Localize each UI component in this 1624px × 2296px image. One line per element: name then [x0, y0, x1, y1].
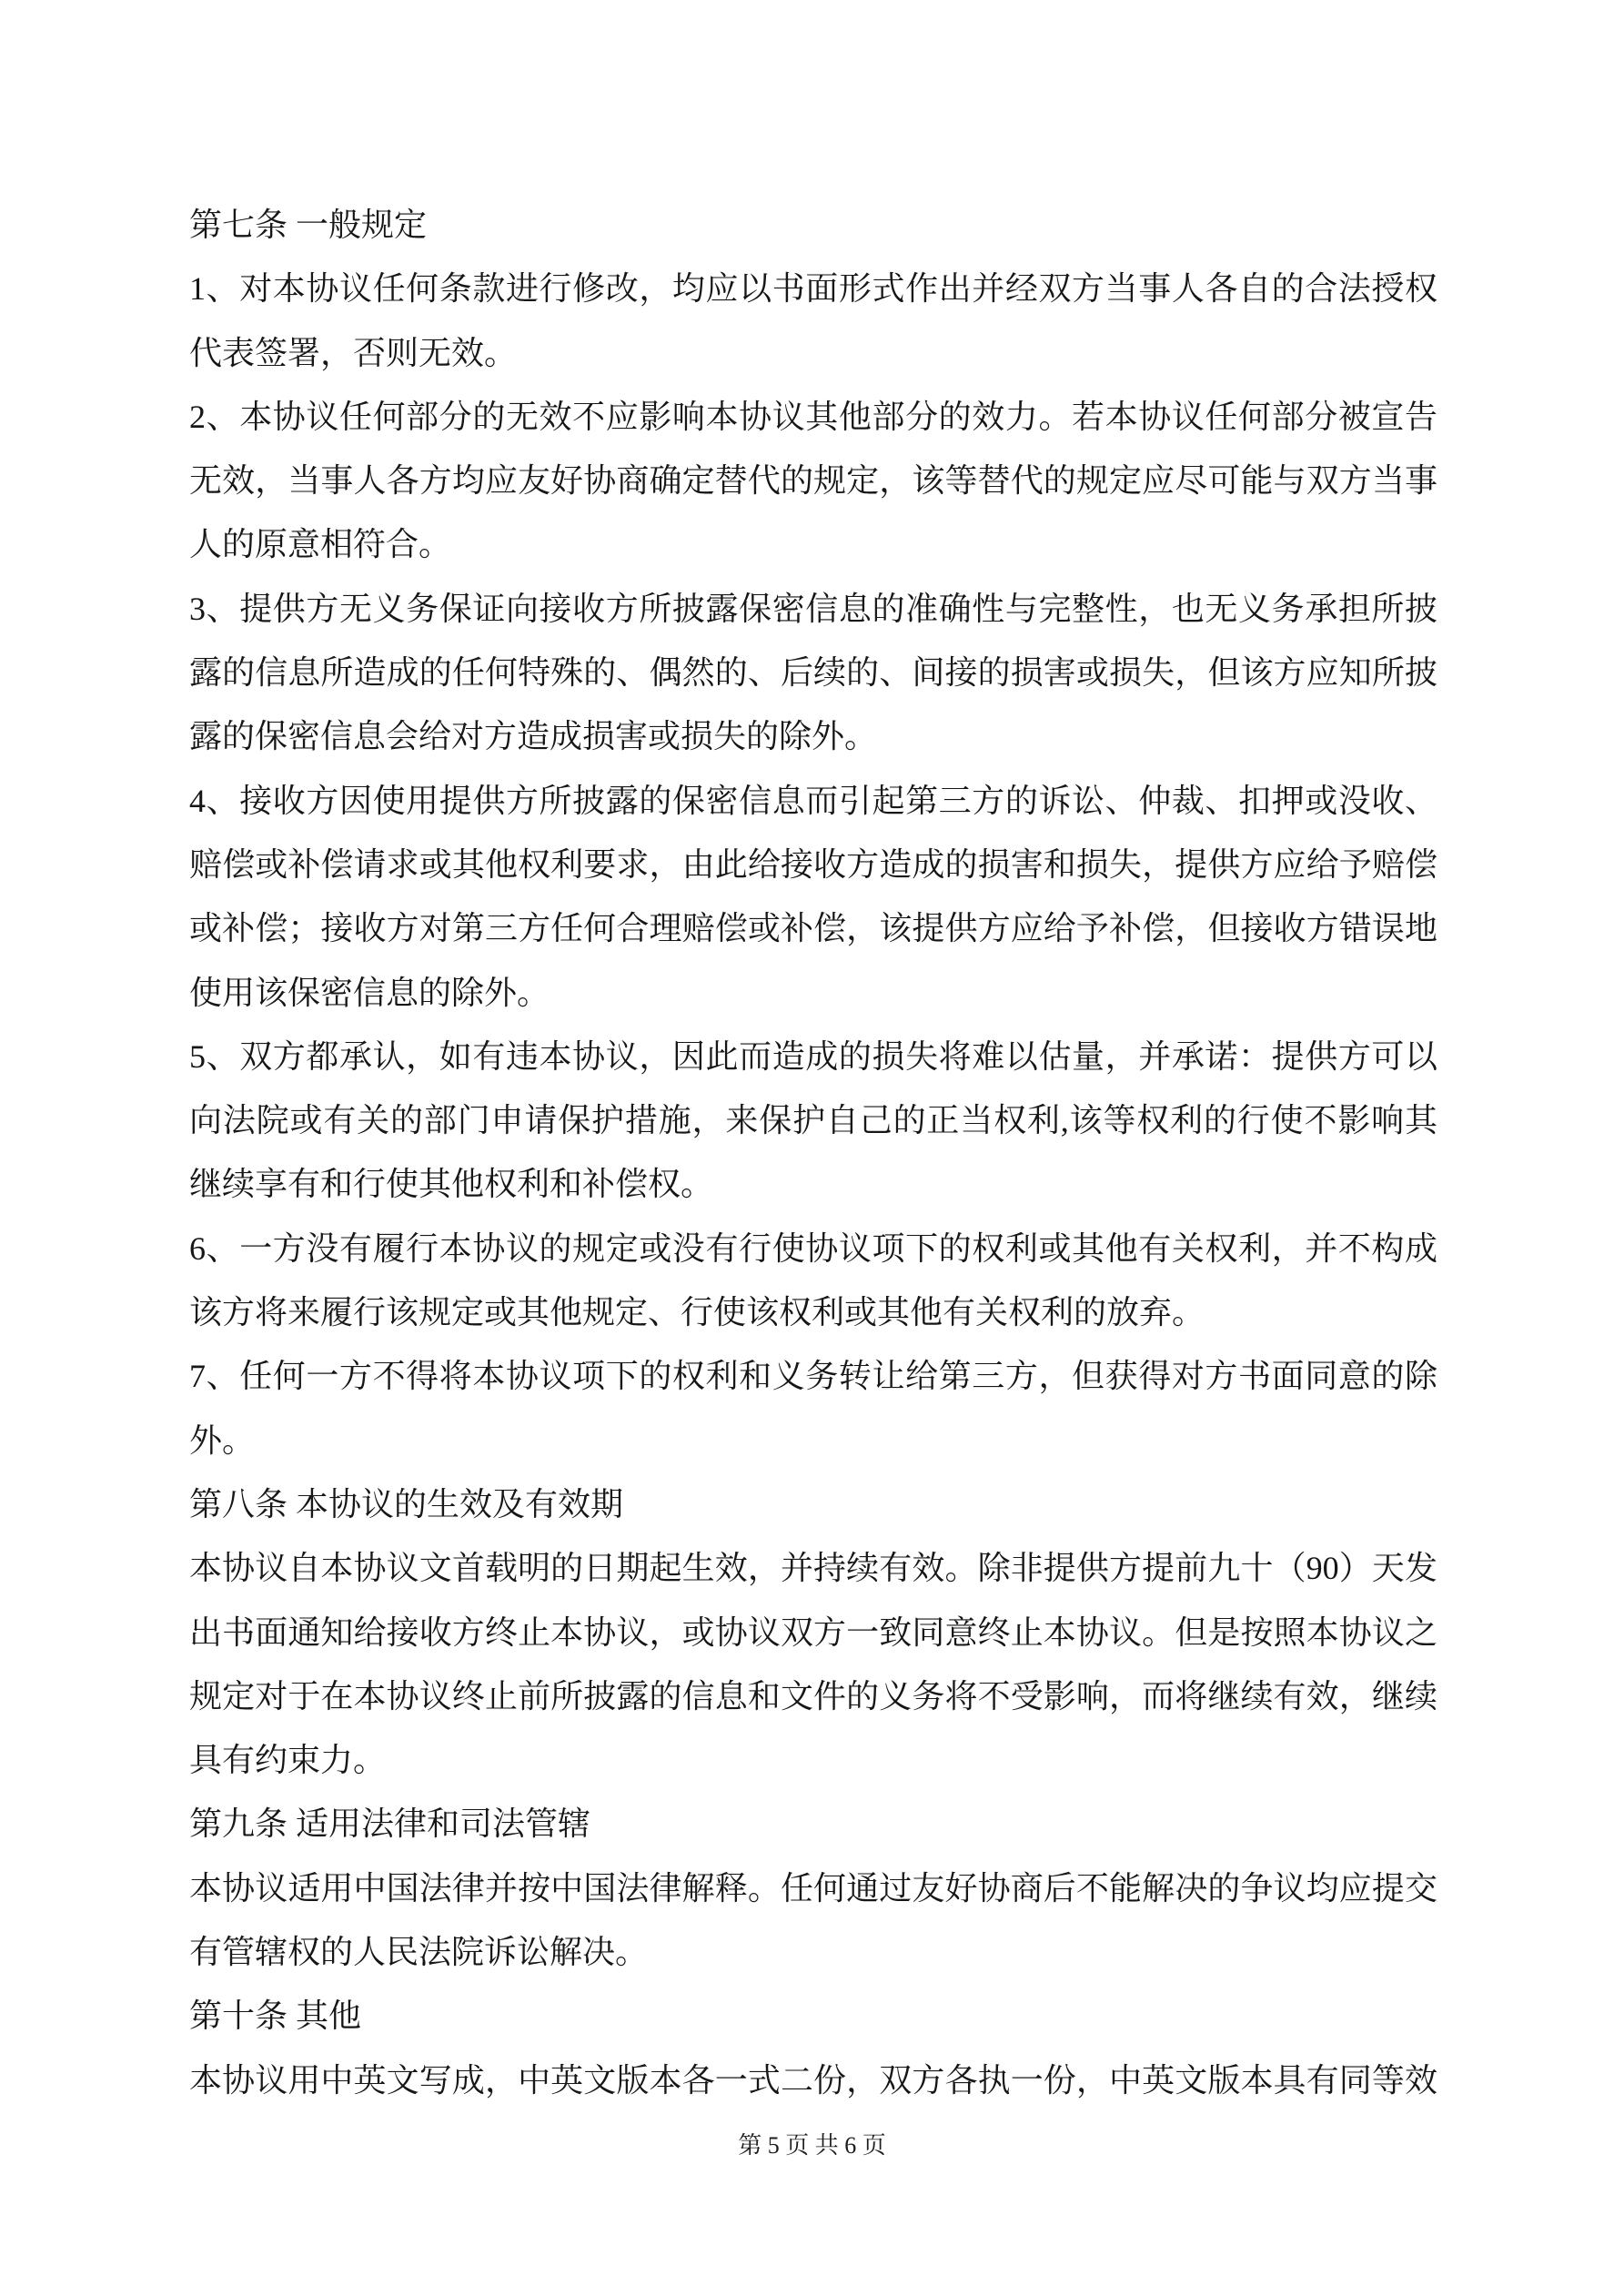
text-line: 继续享有和行使其他权利和补偿权。	[189, 1152, 1437, 1216]
text-line: 或补偿；接收方对第三方任何合理赔偿或补偿，该提供方应给予补偿，但接收方错误地	[189, 896, 1437, 960]
text-line: 人的原意相符合。	[189, 512, 1437, 576]
section-heading: 第十条 其他	[189, 1984, 1437, 2048]
text-line: 5、双方都承认，如有违本协议，因此而造成的损失将难以估量，并承诺：提供方可以	[189, 1025, 1437, 1088]
text-line: 外。	[189, 1409, 1437, 1472]
text-line: 赔偿或补偿请求或其他权利要求，由此给接收方造成的损害和损失，提供方应给予赔偿	[189, 833, 1437, 896]
section-heading: 第七条 一般规定	[189, 193, 1437, 257]
text-line: 露的信息所造成的任何特殊的、偶然的、后续的、间接的损害或损失，但该方应知所披	[189, 641, 1437, 704]
document-page: 第七条 一般规定1、对本协议任何条款进行修改，均应以书面形式作出并经双方当事人各…	[0, 0, 1624, 2296]
document-body: 第七条 一般规定1、对本协议任何条款进行修改，均应以书面形式作出并经双方当事人各…	[189, 193, 1437, 2112]
text-line: 代表签署，否则无效。	[189, 321, 1437, 385]
text-line: 本协议适用中国法律并按中国法律解释。任何通过友好协商后不能解决的争议均应提交	[189, 1856, 1437, 1920]
text-line: 出书面通知给接收方终止本协议，或协议双方一致同意终止本协议。但是按照本协议之	[189, 1601, 1437, 1664]
text-line: 有管辖权的人民法院诉讼解决。	[189, 1920, 1437, 1984]
text-line: 规定对于在本协议终止前所披露的信息和文件的义务将不受影响，而将继续有效，继续	[189, 1664, 1437, 1728]
text-line: 3、提供方无义务保证向接收方所披露保密信息的准确性与完整性，也无义务承担所披	[189, 577, 1437, 641]
text-line: 该方将来履行该规定或其他规定、行使该权利或其他有关权利的放弃。	[189, 1280, 1437, 1344]
text-line: 4、接收方因使用提供方所披露的保密信息而引起第三方的诉讼、仲裁、扣押或没收、	[189, 769, 1437, 833]
text-line: 6、一方没有履行本协议的规定或没有行使协议项下的权利或其他有关权利，并不构成	[189, 1217, 1437, 1280]
text-line: 向法院或有关的部门申请保护措施，来保护自己的正当权利,该等权利的行使不影响其	[189, 1088, 1437, 1152]
text-line: 露的保密信息会给对方造成损害或损失的除外。	[189, 704, 1437, 768]
text-line: 2、本协议任何部分的无效不应影响本协议其他部分的效力。若本协议任何部分被宣告	[189, 385, 1437, 449]
text-line: 无效，当事人各方均应友好协商确定替代的规定，该等替代的规定应尽可能与双方当事	[189, 449, 1437, 512]
text-line: 1、对本协议任何条款进行修改，均应以书面形式作出并经双方当事人各自的合法授权	[189, 257, 1437, 320]
text-line: 7、任何一方不得将本协议项下的权利和义务转让给第三方，但获得对方书面同意的除	[189, 1344, 1437, 1408]
text-line: 使用该保密信息的除外。	[189, 961, 1437, 1025]
section-heading: 第八条 本协议的生效及有效期	[189, 1472, 1437, 1536]
text-line: 具有约束力。	[189, 1728, 1437, 1792]
text-line: 本协议用中英文写成，中英文版本各一式二份，双方各执一份，中英文版本具有同等效	[189, 2048, 1437, 2112]
page-number-footer: 第 5 页 共 6 页	[0, 2122, 1624, 2170]
text-line: 本协议自本协议文首载明的日期起生效，并持续有效。除非提供方提前九十（90）天发	[189, 1536, 1437, 1600]
section-heading: 第九条 适用法律和司法管辖	[189, 1792, 1437, 1856]
